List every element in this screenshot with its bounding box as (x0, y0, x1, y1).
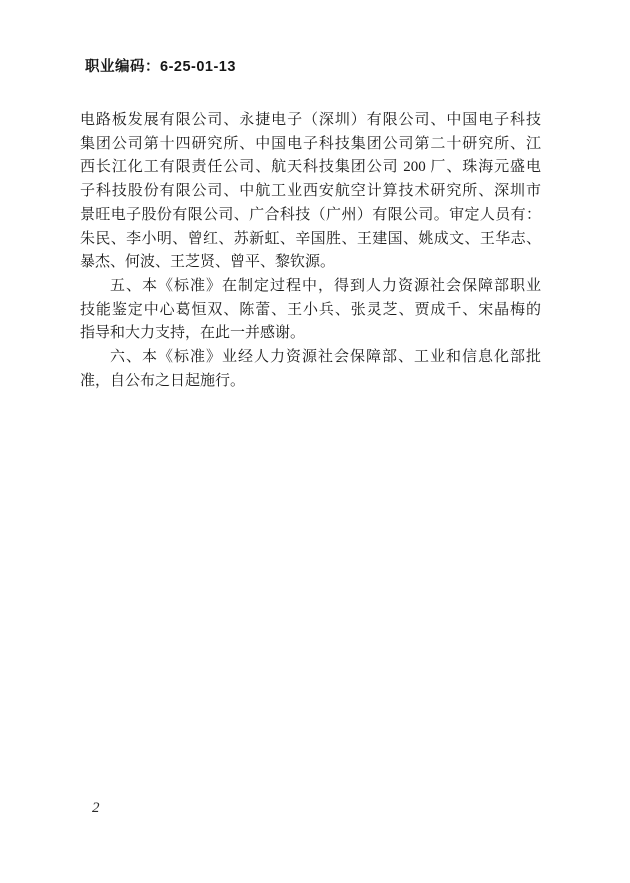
text-line-p3-l2: 准，自公布之日起施行。 (80, 370, 541, 394)
text-line-p1-l7: 暴杰、何波、王芝贤、曾平、黎钦源。 (80, 251, 541, 275)
text-line-p1-l5: 景旺电子股份有限公司、广合科技（广州）有限公司。审定人员有： (80, 204, 541, 228)
document-page: 职业编码：6-25-01-13 电路板发展有限公司、永捷电子（深圳）有限公司、中… (0, 0, 630, 883)
page-number: 2 (92, 800, 100, 817)
text-line-p1-l4: 子科技股份有限公司、中航工业西安航空计算技术研究所、深圳市 (80, 180, 541, 204)
text-line-p2-l2: 技能鉴定中心葛恒双、陈蕾、王小兵、张灵芝、贾成千、宋晶梅的 (80, 299, 541, 323)
document-body-text: 电路板发展有限公司、永捷电子（深圳）有限公司、中国电子科技集团公司第十四研究所、… (80, 109, 541, 393)
text-line-p3-l1: 六、本《标准》业经人力资源社会保障部、工业和信息化部批 (80, 346, 541, 370)
text-line-p2-l1: 五、本《标准》在制定过程中，得到人力资源社会保障部职业 (80, 275, 541, 299)
occupation-code-header: 职业编码：6-25-01-13 (85, 55, 236, 76)
text-line-p1-l3: 西长江化工有限责任公司、航天科技集团公司 200 厂、珠海元盛电 (80, 156, 541, 180)
text-line-p1-l6: 朱民、李小明、曾红、苏新虹、辛国胜、王建国、姚成文、王华志、 (80, 228, 541, 252)
text-line-p1-l2: 集团公司第十四研究所、中国电子科技集团公司第二十研究所、江 (80, 133, 541, 157)
text-line-p2-l3: 指导和大力支持，在此一并感谢。 (80, 322, 541, 346)
text-line-p1-l1: 电路板发展有限公司、永捷电子（深圳）有限公司、中国电子科技 (80, 109, 541, 133)
